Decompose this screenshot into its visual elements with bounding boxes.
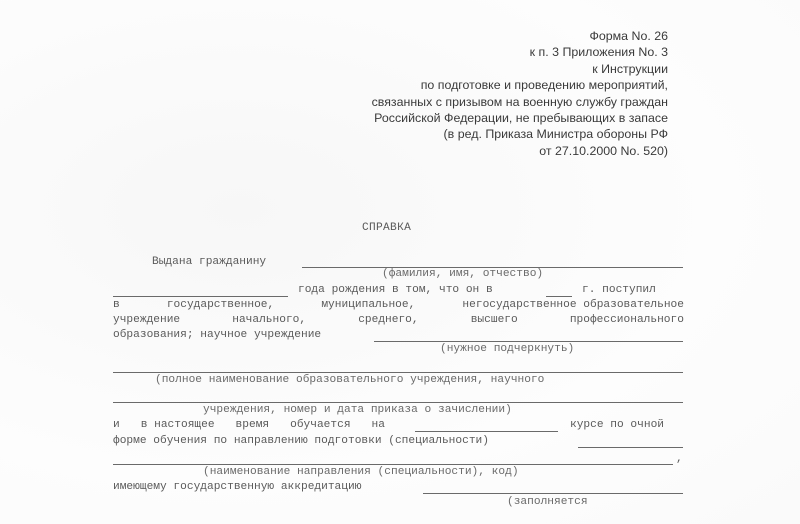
fio-caption: (фамилия, имя, отчество): [382, 268, 543, 280]
issued-to-label: Выдана гражданину: [152, 256, 266, 268]
scientific-institution-field[interactable]: [374, 341, 683, 342]
order-caption: учреждения, номер и дата приказа о зачис…: [203, 404, 512, 416]
text-word: на: [372, 419, 385, 431]
header-line: Российской Федерации, не пребывающих в з…: [372, 110, 668, 126]
enrollment-order-field[interactable]: [113, 402, 683, 403]
year-suffix-text: г. поступил: [582, 284, 656, 296]
header-line: к п. 3 Приложения No. 3: [372, 44, 668, 60]
text-word: среднего,: [358, 314, 418, 326]
study-form-text: форме обучения по направлению подготовки…: [113, 435, 489, 447]
scientific-institution-text: образования; научное учреждение: [113, 329, 321, 341]
header-line: Форма No. 26: [372, 28, 668, 44]
institution-name-field[interactable]: [113, 372, 683, 373]
course-text: курсе по очной: [570, 419, 664, 431]
full-name-caption: (полное наименование образовательного уч…: [155, 374, 544, 386]
currently-studying-row: и в настоящее время обучается на: [113, 419, 385, 431]
institution-types-row: в государственное, муниципальное, негосу…: [113, 299, 684, 311]
admission-year-field[interactable]: [546, 296, 572, 297]
header-line: от 27.10.2000 No. 520): [372, 143, 668, 159]
text-word: учреждение: [113, 314, 180, 326]
text-word: государственное,: [167, 299, 274, 311]
text-word: в: [113, 299, 120, 311]
specialty-continued-field[interactable]: [113, 464, 673, 465]
text-word: обучается: [290, 419, 350, 431]
document-title: СПРАВКА: [362, 222, 411, 234]
education-levels-row: учреждение начального, среднего, высшего…: [113, 314, 684, 326]
text-word: время: [236, 419, 270, 431]
document-page: Форма No. 26 к п. 3 Приложения No. 3 к И…: [0, 0, 800, 524]
text-word: в настоящее: [141, 419, 215, 431]
birth-year-text: года рождения в том, что он в: [298, 284, 493, 296]
text-word: и: [113, 419, 120, 431]
fill-caption: (заполняется: [507, 496, 588, 508]
header-line: (в ред. Приказа Министра обороны РФ: [372, 126, 668, 142]
specialty-field[interactable]: [578, 447, 683, 448]
course-field[interactable]: [415, 431, 558, 432]
header-line: к Инструкции: [372, 61, 668, 77]
text-word: негосударственное образовательное: [462, 299, 684, 311]
underline-caption: (нужное подчеркнуть): [440, 343, 574, 355]
text-word: муниципальное,: [321, 299, 415, 311]
accreditation-field[interactable]: [423, 493, 683, 494]
text-word: высшего: [471, 314, 518, 326]
text-word: профессионального: [570, 314, 684, 326]
comma: ,: [676, 453, 683, 465]
birth-year-field[interactable]: [113, 296, 288, 297]
text-word: начального,: [232, 314, 306, 326]
header-line: связанных с призывом на военную службу г…: [372, 94, 668, 110]
header-line: по подготовке и проведению мероприятий,: [372, 77, 668, 93]
accreditation-text: имеющему государственную аккредитацию: [113, 481, 361, 493]
direction-caption: (наименование направления (специальности…: [203, 466, 519, 478]
form-header: Форма No. 26 к п. 3 Приложения No. 3 к И…: [372, 28, 668, 159]
